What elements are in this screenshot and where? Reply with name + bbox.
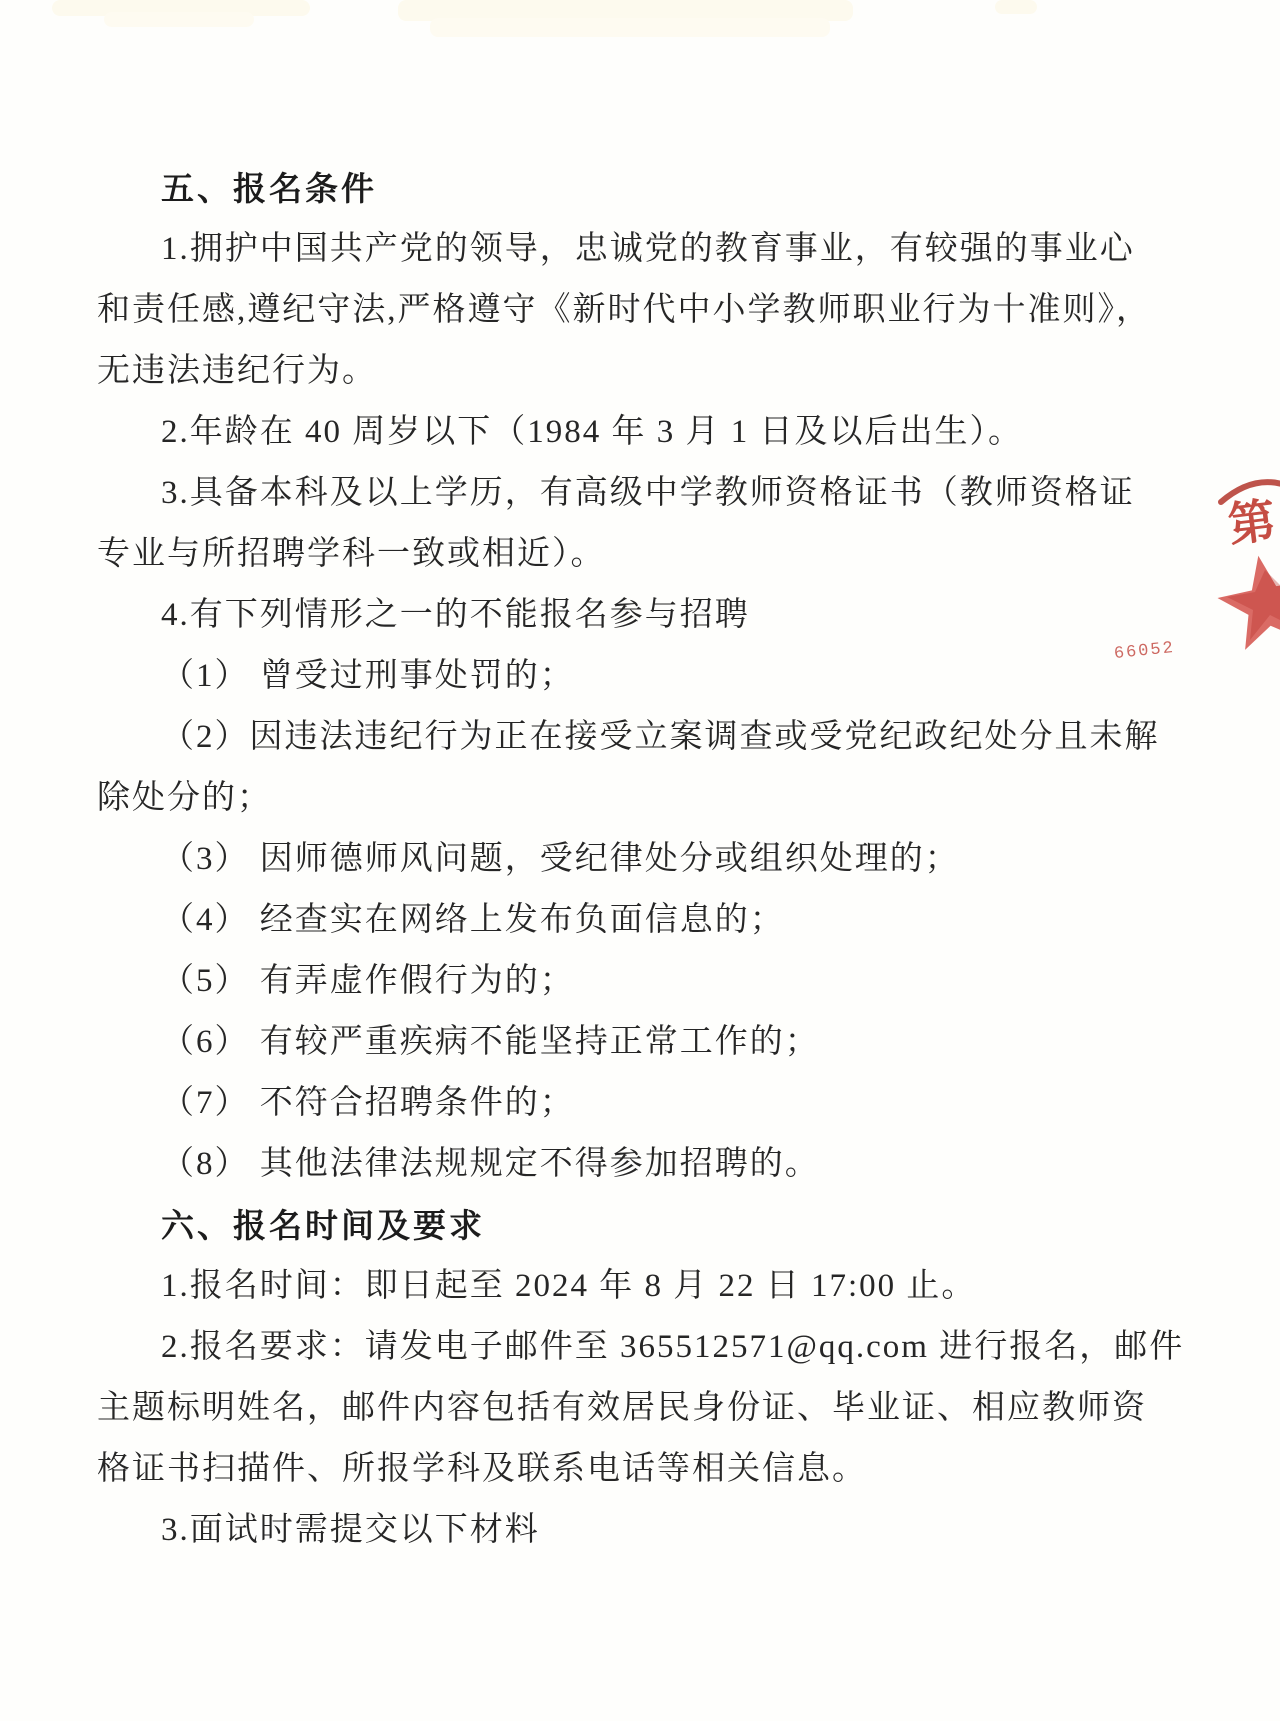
document-line: 2.年龄在 40 周岁以下（1984 年 3 月 1 日及以后出生）。 [97,402,1237,463]
scan-artifact [104,12,254,27]
document-line: 1.报名时间：即日起至 2024 年 8 月 22 日 17:00 止。 [97,1256,1237,1317]
document-line: 1.拥护中国共产党的领导，忠诚党的教育事业，有较强的事业心 [97,219,1237,280]
red-seal-stamp: 第 [1215,440,1280,675]
document-line: （8） 其他法律法规规定不得参加招聘的。 [97,1134,1237,1195]
document-line: 专业与所招聘学科一致或相近）。 [97,524,1237,585]
document-line: 3.具备本科及以上学历，有高级中学教师资格证书（教师资格证 [97,463,1237,524]
document-line: 除处分的； [97,768,1237,829]
document-line: （3） 因师德师风问题，受纪律处分或组织处理的； [97,829,1237,890]
document-body: 五、报名条件 1.拥护中国共产党的领导，忠诚党的教育事业，有较强的事业心 和责任… [97,158,1237,1561]
scan-artifact [995,0,1037,14]
document-line: 3.面试时需提交以下材料 [97,1500,1237,1561]
scanned-document-page: 五、报名条件 1.拥护中国共产党的领导，忠诚党的教育事业，有较强的事业心 和责任… [0,0,1280,1721]
document-line: （6） 有较严重疾病不能坚持正常工作的； [97,1012,1237,1073]
document-line: 4.有下列情形之一的不能报名参与招聘 [97,585,1237,646]
document-line: （7） 不符合招聘条件的； [97,1073,1237,1134]
document-line: 主题标明姓名，邮件内容包括有效居民身份证、毕业证、相应教师资 [97,1378,1237,1439]
document-line: （5） 有弄虚作假行为的； [97,951,1237,1012]
document-line: 和责任感,遵纪守法,严格遵守《新时代中小学教师职业行为十准则》， [97,280,1237,341]
document-line: （2）因违法违纪行为正在接受立案调查或受党纪政纪处分且未解 [97,707,1237,768]
document-line: 2.报名要求：请发电子邮件至 365512571@qq.com 进行报名，邮件 [97,1317,1237,1378]
document-line: （1） 曾受过刑事处罚的； [97,646,1237,707]
section-5-heading: 五、报名条件 [97,158,1237,219]
scan-artifact [430,18,830,37]
section-6-heading: 六、报名时间及要求 [97,1195,1237,1256]
seal-character: 第 [1225,495,1278,552]
document-line: 无违法违纪行为。 [97,341,1237,402]
document-line: 格证书扫描件、所报学科及联系电话等相关信息。 [97,1439,1237,1500]
document-line: （4） 经查实在网络上发布负面信息的； [97,890,1237,951]
